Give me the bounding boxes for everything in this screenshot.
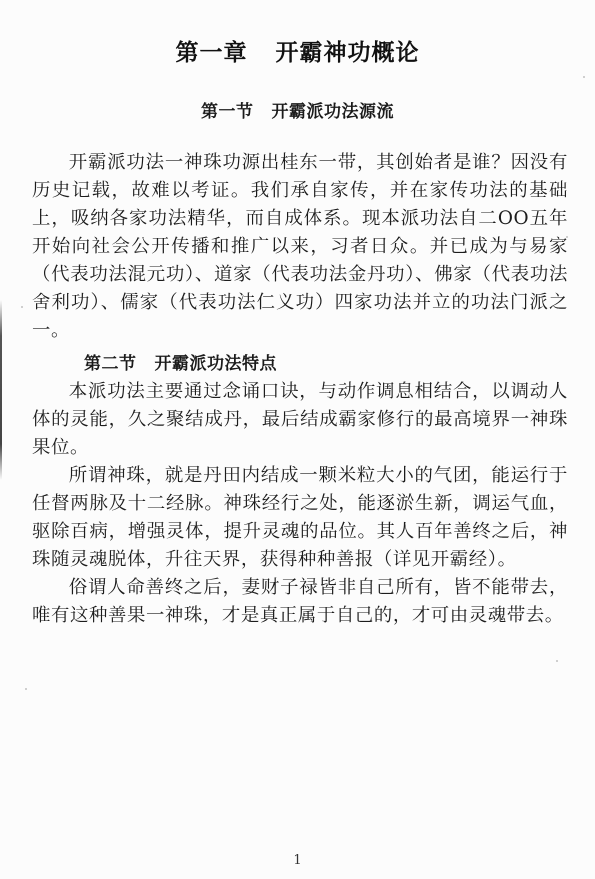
section-name: 开霸派功法特点 <box>155 354 278 374</box>
section-1-body: 开霸派功法一神珠功源出桂东一带，其创始者是谁？因没有历史记载，故难以考证。我们承… <box>32 149 568 345</box>
scan-edge-shadow <box>0 300 2 480</box>
scan-speck <box>25 688 27 690</box>
section-title-2: 第二节开霸派功法特点 <box>84 349 277 374</box>
paragraph: 开霸派功法一神珠功源出桂东一带，其创始者是谁？因没有历史记载，故难以考证。我们承… <box>32 149 568 345</box>
section-name: 开霸派功法源流 <box>272 102 395 122</box>
section-title-1: 第一节开霸派功法源流 <box>0 97 595 122</box>
section-2-body: 本派功法主要通过念诵口诀，与动作调息相结合，以调动人体的灵能，久之聚结成丹，最后… <box>32 378 568 630</box>
section-number: 第一节 <box>201 102 254 122</box>
chapter-title: 第一章开霸神功概论 <box>0 34 595 67</box>
chapter-number: 第一章 <box>176 40 248 66</box>
scan-speck <box>583 76 585 78</box>
chapter-name: 开霸神功概论 <box>276 40 420 66</box>
paragraph: 本派功法主要通过念诵口诀，与动作调息相结合，以调动人体的灵能，久之聚结成丹，最后… <box>32 378 568 462</box>
page-number: 1 <box>0 853 595 868</box>
section-number: 第二节 <box>84 354 137 374</box>
scan-speck <box>21 306 23 308</box>
paragraph: 俗谓人命善终之后，妻财子禄皆非自己所有，皆不能带去，唯有这种善果一神珠，才是真正… <box>32 574 568 630</box>
scan-speck <box>556 660 558 662</box>
paragraph: 所谓神珠，就是丹田内结成一颗米粒大小的气团，能运行于任督两脉及十二经脉。神珠经行… <box>32 462 568 574</box>
